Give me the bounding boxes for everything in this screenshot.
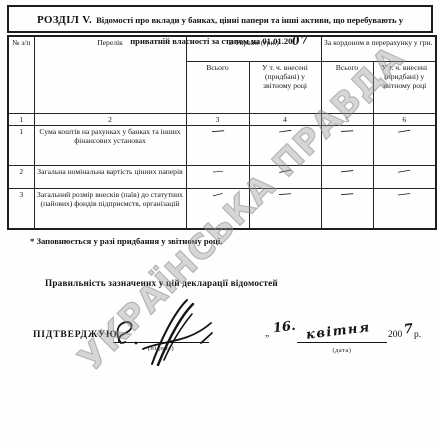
section-title-text: Відомості про вклади у банках, цінні пап… <box>96 15 403 25</box>
value-cell: — <box>249 165 321 188</box>
value-cell: — <box>186 165 249 188</box>
row-number: 1 <box>8 125 34 165</box>
value-cell: — <box>321 188 373 229</box>
dash-mark: — <box>212 169 222 176</box>
date-caption: (дата) <box>297 347 387 354</box>
column-index-6: 6 <box>373 113 436 125</box>
section-title-box: РОЗДІЛ V. Відомості про вклади у банках,… <box>7 5 433 33</box>
year-printed: 200 <box>388 330 402 340</box>
row-label: Загальний розмір внесків (паїв) до стату… <box>34 188 186 229</box>
date-open-quote: „ <box>265 329 269 339</box>
header-incl-abroad: У т. ч. внесені (придбані) у звітному ро… <box>373 61 436 113</box>
row-label: Загальна номінальна вартість цінних папе… <box>34 165 186 188</box>
dash-mark: — <box>211 126 223 133</box>
value-cell: — <box>321 165 373 188</box>
column-index-2: 2 <box>34 113 186 125</box>
dash-mark: — <box>279 166 292 174</box>
header-row-number: № з/п <box>8 36 34 113</box>
value-cell: — <box>373 188 436 229</box>
header-total-ukraine: Всього <box>186 61 249 113</box>
header-group-ukraine: В Україні (грн.) <box>186 36 321 61</box>
header-incl-ukraine: У т. ч. внесені (придбані) у звітному ро… <box>249 61 321 113</box>
value-cell: — <box>321 125 373 165</box>
value-cell: — <box>373 125 436 165</box>
row-label: Сума коштів на рахунках у банках та інши… <box>34 125 186 165</box>
handwritten-year-digit: 7 <box>403 322 414 338</box>
column-index-1: 1 <box>8 113 34 125</box>
dash-mark: — <box>398 189 411 196</box>
value-cell: — <box>186 188 249 229</box>
dash-mark: — <box>341 189 353 196</box>
handwritten-signature <box>105 296 223 366</box>
dash-mark: — <box>341 166 354 173</box>
assets-table: № з/п Перелік В Україні (грн.) За кордон… <box>7 35 437 230</box>
header-list: Перелік <box>34 36 186 113</box>
handwritten-day: 16. <box>272 319 296 337</box>
column-index-4: 4 <box>249 113 321 125</box>
table-row: 2 Загальна номінальна вартість цінних па… <box>8 165 436 188</box>
handwritten-month: квітня <box>305 320 371 343</box>
dash-mark: — <box>279 190 291 197</box>
year-suffix: р. <box>414 330 421 340</box>
dash-mark: — <box>398 126 411 134</box>
table-row: 3 Загальний розмір внесків (паїв) до ста… <box>8 188 436 229</box>
table-row: 1 Сума коштів на рахунках у банках та ін… <box>8 125 436 165</box>
value-cell: — <box>249 188 321 229</box>
affirmation-text: Правильність зазначених у цій декларації… <box>45 278 278 288</box>
dash-mark: — <box>341 127 353 134</box>
column-index-5: 5 <box>321 113 373 125</box>
section-number: РОЗДІЛ V. <box>37 14 92 26</box>
column-index-3: 3 <box>186 113 249 125</box>
section-title-line1: РОЗДІЛ V. Відомості про вклади у банках,… <box>9 9 431 30</box>
footnote: * Заповнюється у разі придбання у звітно… <box>30 236 222 246</box>
row-number: 3 <box>8 188 34 229</box>
row-number: 2 <box>8 165 34 188</box>
dash-mark: — <box>398 166 411 174</box>
dash-mark: — <box>279 126 292 134</box>
value-cell: — <box>249 125 321 165</box>
dash-mark: — <box>212 191 223 199</box>
value-cell: — <box>373 165 436 188</box>
header-group-abroad: За кордоном в перерахунку у грн. <box>321 36 436 61</box>
header-total-abroad: Всього <box>321 61 373 113</box>
value-cell: — <box>186 125 249 165</box>
